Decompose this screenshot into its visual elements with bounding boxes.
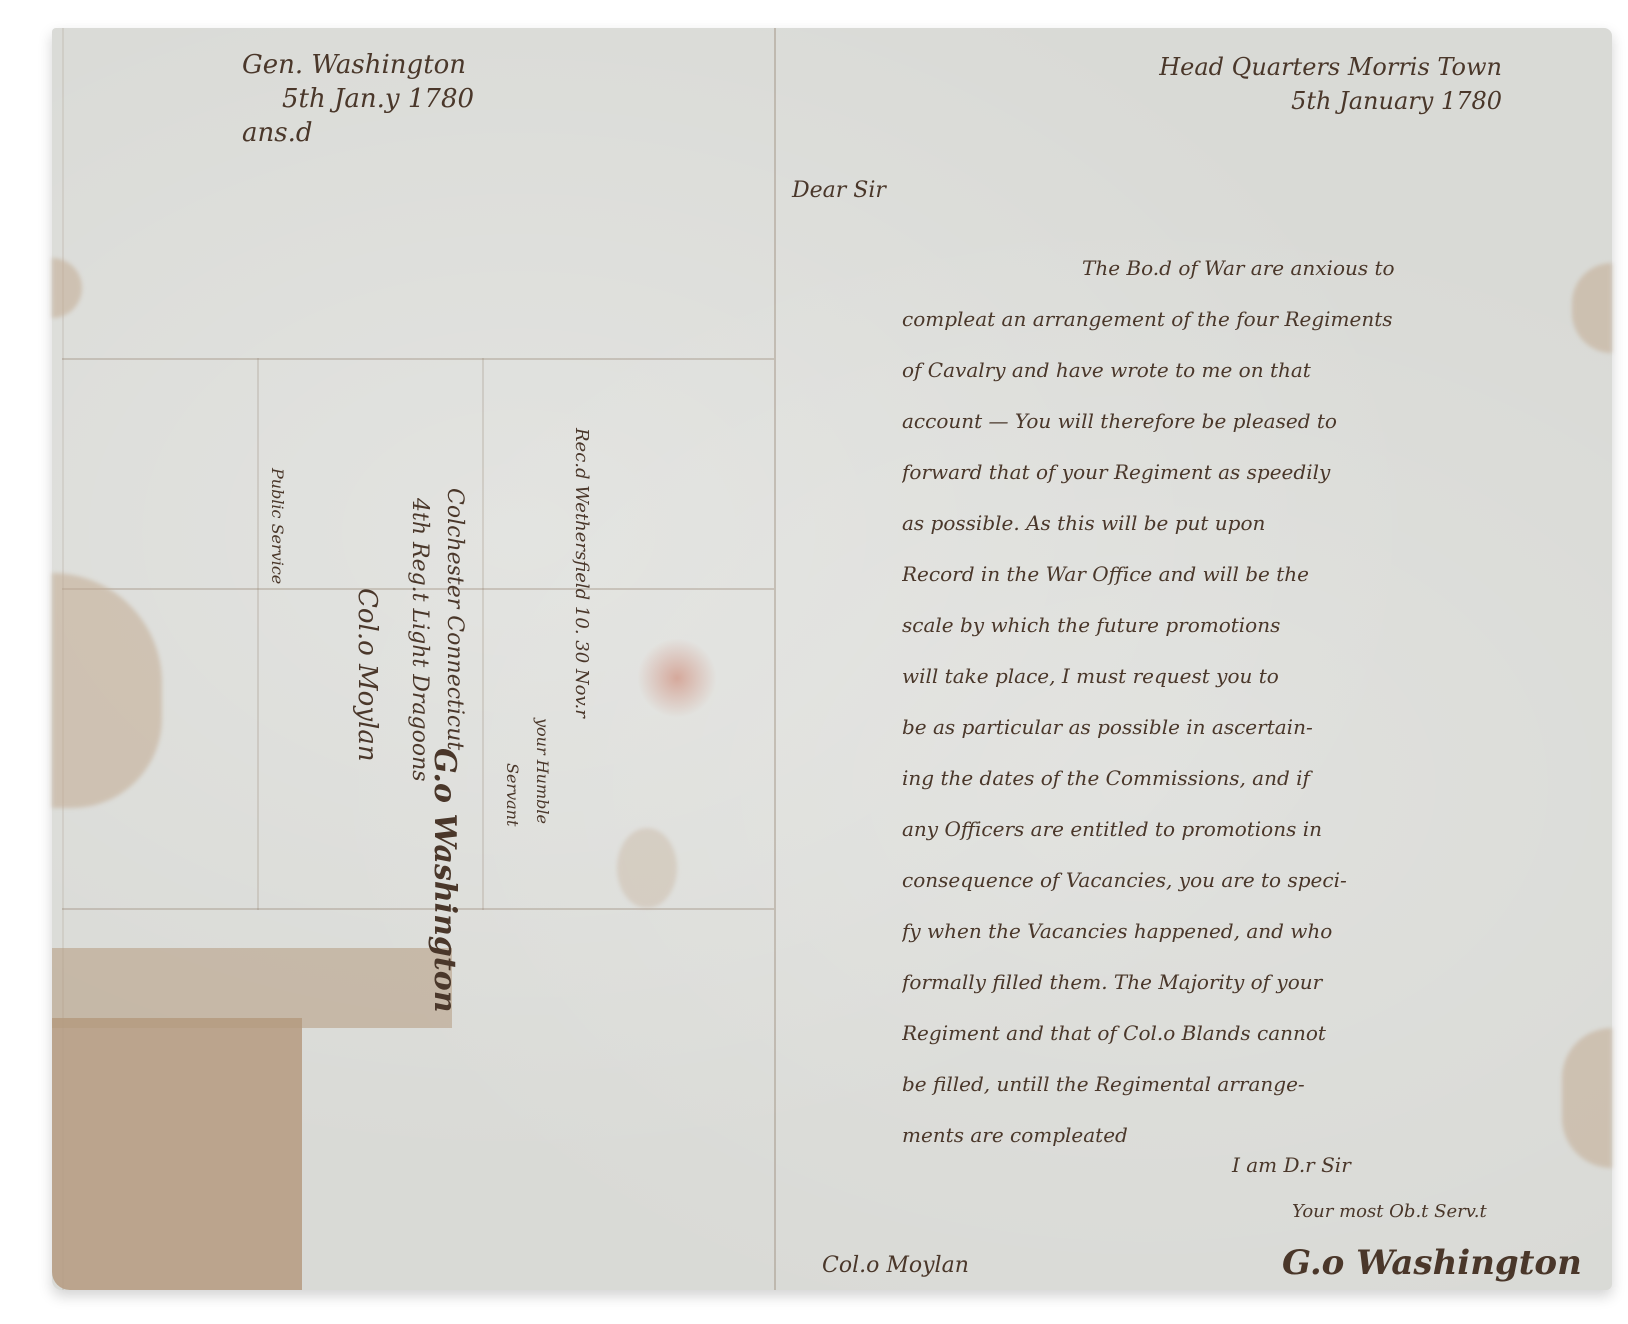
panel-fold bbox=[482, 358, 484, 910]
regiment: 4th Reg.t Light Dragoons bbox=[407, 498, 432, 782]
body-line: any Officers are entitled to promotions … bbox=[902, 804, 1562, 855]
subscription: Your most Ob.t Serv.t bbox=[1292, 1201, 1487, 1222]
body-line: The Bo.d of War are anxious to bbox=[902, 243, 1562, 294]
body-line: fy when the Vacancies happened, and who bbox=[902, 906, 1562, 957]
closing: I am D.r Sir bbox=[1232, 1153, 1351, 1177]
docket-line: ans.d bbox=[242, 116, 474, 150]
body-line: forward that of your Regiment as speedil… bbox=[902, 447, 1562, 498]
salutation: Dear Sir bbox=[792, 178, 886, 203]
body-line: Regiment and that of Col.o Blands cannot bbox=[902, 1008, 1562, 1059]
receipt-note: Servant bbox=[503, 763, 522, 826]
docket-line: 5th Jan.y 1780 bbox=[242, 82, 474, 116]
addressee: Col.o Moylan bbox=[352, 588, 382, 762]
water-stain bbox=[1572, 263, 1612, 353]
location: Colchester Connecticut bbox=[442, 488, 467, 750]
center-fold bbox=[774, 28, 776, 1290]
body-line: Record in the War Office and will be the bbox=[902, 549, 1562, 600]
public-service-note: Public Service bbox=[268, 468, 287, 584]
body-line: of Cavalry and have wrote to me on that bbox=[902, 345, 1562, 396]
frank-signature: G.o Washington bbox=[427, 748, 462, 1013]
wax-seal-residue bbox=[637, 638, 717, 718]
place: Head Quarters Morris Town bbox=[1159, 50, 1502, 84]
water-stain bbox=[1562, 1028, 1612, 1168]
water-stain bbox=[52, 258, 82, 318]
body-line: compleat an arrangement of the four Regi… bbox=[902, 294, 1562, 345]
docket-line: Gen. Washington bbox=[242, 48, 474, 82]
body-line: scale by which the future promotions bbox=[902, 600, 1562, 651]
body-line: account — You will therefore be pleased … bbox=[902, 396, 1562, 447]
water-stain bbox=[52, 573, 162, 808]
horizontal-fold bbox=[62, 908, 774, 910]
water-stain bbox=[52, 1018, 302, 1290]
letter-sheet: Gen. Washington 5th Jan.y 1780 ans.d Pub… bbox=[52, 28, 1612, 1290]
receipt-note: Rec.d Wethersfield 10. 30 Nov.r bbox=[571, 428, 592, 718]
recipient-name: Col.o Moylan bbox=[822, 1253, 969, 1278]
body-line: be as particular as possible in ascertai… bbox=[902, 702, 1562, 753]
body-line: as possible. As this will be put upon bbox=[902, 498, 1562, 549]
body-line: formally filled them. The Majority of yo… bbox=[902, 957, 1562, 1008]
receipt-note: your Humble bbox=[533, 718, 552, 824]
letter-body: The Bo.d of War are anxious to compleat … bbox=[902, 243, 1562, 1161]
date: 5th January 1780 bbox=[1159, 84, 1502, 118]
docket: Gen. Washington 5th Jan.y 1780 ans.d bbox=[242, 48, 474, 150]
water-stain bbox=[52, 948, 452, 1028]
body-line: be filled, untill the Regimental arrange… bbox=[902, 1059, 1562, 1110]
body-line: ing the dates of the Commissions, and if bbox=[902, 753, 1562, 804]
body-line: consequence of Vacancies, you are to spe… bbox=[902, 855, 1562, 906]
panel-fold bbox=[257, 358, 259, 910]
water-stain bbox=[617, 828, 677, 908]
horizontal-fold bbox=[62, 358, 774, 360]
signature: G.o Washington bbox=[1282, 1243, 1582, 1283]
dateline: Head Quarters Morris Town 5th January 17… bbox=[1159, 50, 1502, 118]
body-line: will take place, I must request you to bbox=[902, 651, 1562, 702]
